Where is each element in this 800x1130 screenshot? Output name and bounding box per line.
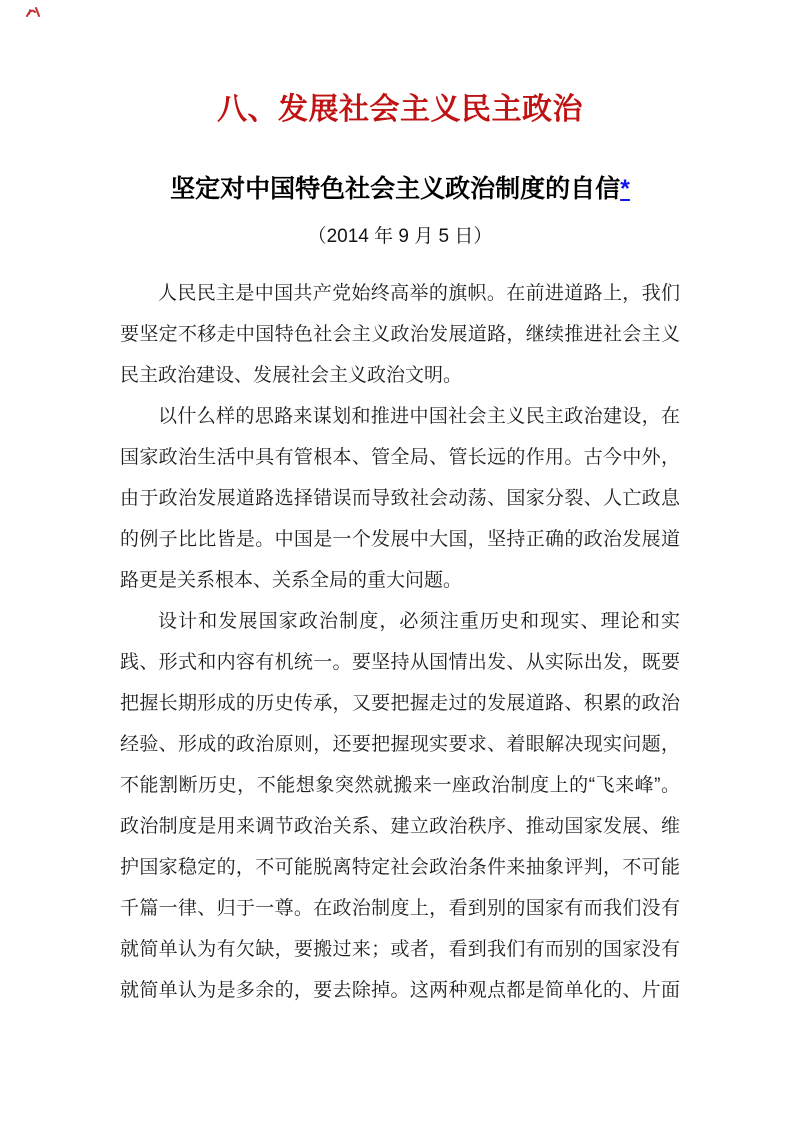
- text-line: 就简单认为是多余的，要去除掉。这两种观点都是简单化的、片面: [120, 970, 680, 1011]
- paragraph: 以什么样的思路来谋划和推进中国社会主义民主政治建设，在国家政治生活中具有管根本、…: [120, 396, 680, 601]
- article-title: 坚定对中国特色社会主义政治制度的自信*: [0, 173, 800, 206]
- paragraph: 设计和发展国家政治制度，必须注重历史和现实、理论和实践、形式和内容有机统一。要坚…: [120, 601, 680, 1011]
- footnote-link[interactable]: *: [620, 175, 630, 203]
- text-line: 就简单认为有欠缺，要搬过来；或者，看到我们有而别的国家没有: [120, 929, 680, 970]
- text-line: 千篇一律、归于一尊。在政治制度上，看到别的国家有而我们没有: [120, 888, 680, 929]
- document-page: 八、发展社会主义民主政治 坚定对中国特色社会主义政治制度的自信* （2014 年…: [0, 0, 800, 1130]
- text-line: 路更是关系根本、关系全局的重大问题。: [120, 560, 680, 601]
- text-line: 践、形式和内容有机统一。要坚持从国情出发、从实际出发，既要: [120, 642, 680, 683]
- text-line: 民主政治建设、发展社会主义政治文明。: [120, 355, 680, 396]
- paragraph: 人民民主是中国共产党始终高举的旗帜。在前进道路上，我们要坚定不移走中国特色社会主…: [120, 273, 680, 396]
- text-line: 护国家稳定的，不可能脱离特定社会政治条件来抽象评判，不可能: [120, 847, 680, 888]
- text-line: 由于政治发展道路选择错误而导致社会动荡、国家分裂、人亡政息: [120, 478, 680, 519]
- text-line: 国家政治生活中具有管根本、管全局、管长远的作用。古今中外，: [120, 437, 680, 478]
- article-title-text: 坚定对中国特色社会主义政治制度的自信: [170, 175, 620, 203]
- text-line: 不能割断历史，不能想象突然就搬来一座政治制度上的“飞来峰”。: [120, 765, 680, 806]
- text-line: 经验、形成的政治原则，还要把握现实要求、着眼解决现实问题，: [120, 724, 680, 765]
- text-line: 设计和发展国家政治制度，必须注重历史和现实、理论和实: [120, 601, 680, 642]
- body-text: 人民民主是中国共产党始终高举的旗帜。在前进道路上，我们要坚定不移走中国特色社会主…: [120, 273, 680, 1011]
- text-line: 把握长期形成的历史传承，又要把握走过的发展道路、积累的政治: [120, 683, 680, 724]
- text-line: 以什么样的思路来谋划和推进中国社会主义民主政治建设，在: [120, 396, 680, 437]
- text-line: 要坚定不移走中国特色社会主义政治发展道路，继续推进社会主义: [120, 314, 680, 355]
- text-line: 政治制度是用来调节政治关系、建立政治秩序、推动国家发展、维: [120, 806, 680, 847]
- date-line: （2014 年 9 月 5 日）: [0, 224, 800, 249]
- chapter-heading: 八、发展社会主义民主政治: [0, 0, 800, 129]
- corner-red-mark: [24, 5, 44, 19]
- text-line: 的例子比比皆是。中国是一个发展中大国，坚持正确的政治发展道: [120, 519, 680, 560]
- text-line: 人民民主是中国共产党始终高举的旗帜。在前进道路上，我们: [120, 273, 680, 314]
